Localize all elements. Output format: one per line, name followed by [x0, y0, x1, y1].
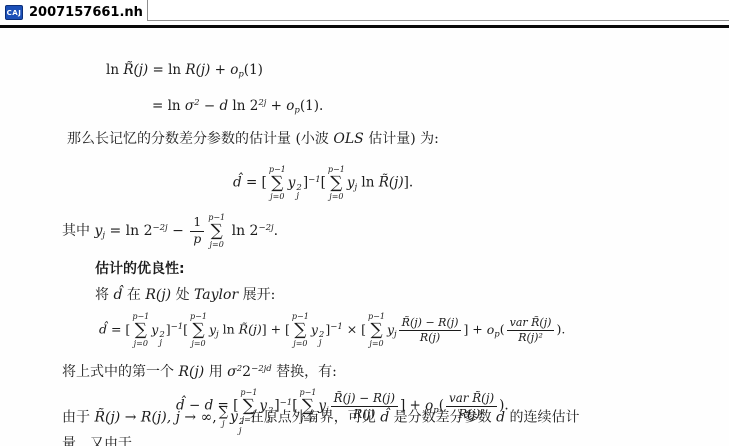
caj-document-icon: CAJ — [5, 5, 23, 20]
text-clipped-bottom-line: 量，又由于 — [62, 436, 132, 446]
eq-taylor-expanded: d̂ = [p−1∑j=0y2j]−1[p−1∑j=0yj ln R̃(j)] … — [99, 312, 565, 348]
text-continuity-conclusion: 由于 R̃(j) → R(j), j → ∞,∑jy2j 在原点外有界，可见 d… — [62, 406, 580, 435]
eq-log-approx-line1: ln R̃(j) = ln R(j) + op(1) — [106, 62, 263, 80]
text-taylor-expansion: 将 d̂ 在 R(j) 处 Taylor 展开: — [95, 287, 275, 305]
eq-dhat-definition: d̂ = [p−1∑j=0y2j]−1[p−1∑j=0yj ln R̃(j)]. — [233, 165, 413, 201]
title-bar: CAJ 2007157661.nh — [0, 0, 729, 25]
document-tab[interactable]: CAJ 2007157661.nh — [0, 0, 143, 25]
document-page[interactable]: ln R̃(j) = ln R(j) + op(1)= ln σ2 − d ln… — [0, 28, 729, 446]
toolbar-empty-area — [147, 0, 729, 21]
tab-title: 2007157661.nh — [29, 5, 143, 20]
text-substitute-sigma: 将上式中的第一个 R(j) 用 σ22−2jd 替换，有: — [62, 364, 337, 382]
eq-yj-definition: 其中 yj = ln 2−2j − 1pp−1∑j=0 ln 2−2j. — [62, 213, 278, 249]
text-estimator-intro: 那么长记忆的分数差分参数的估计量 (小波 OLS 估计量) 为: — [67, 131, 439, 149]
heading-estimation-quality: 估计的优良性: — [95, 261, 185, 279]
eq-log-approx-line2: = ln σ2 − d ln 22j + op(1). — [152, 98, 323, 116]
viewer-window: CAJ 2007157661.nh ln R̃(j) = ln R(j) + o… — [0, 0, 729, 446]
